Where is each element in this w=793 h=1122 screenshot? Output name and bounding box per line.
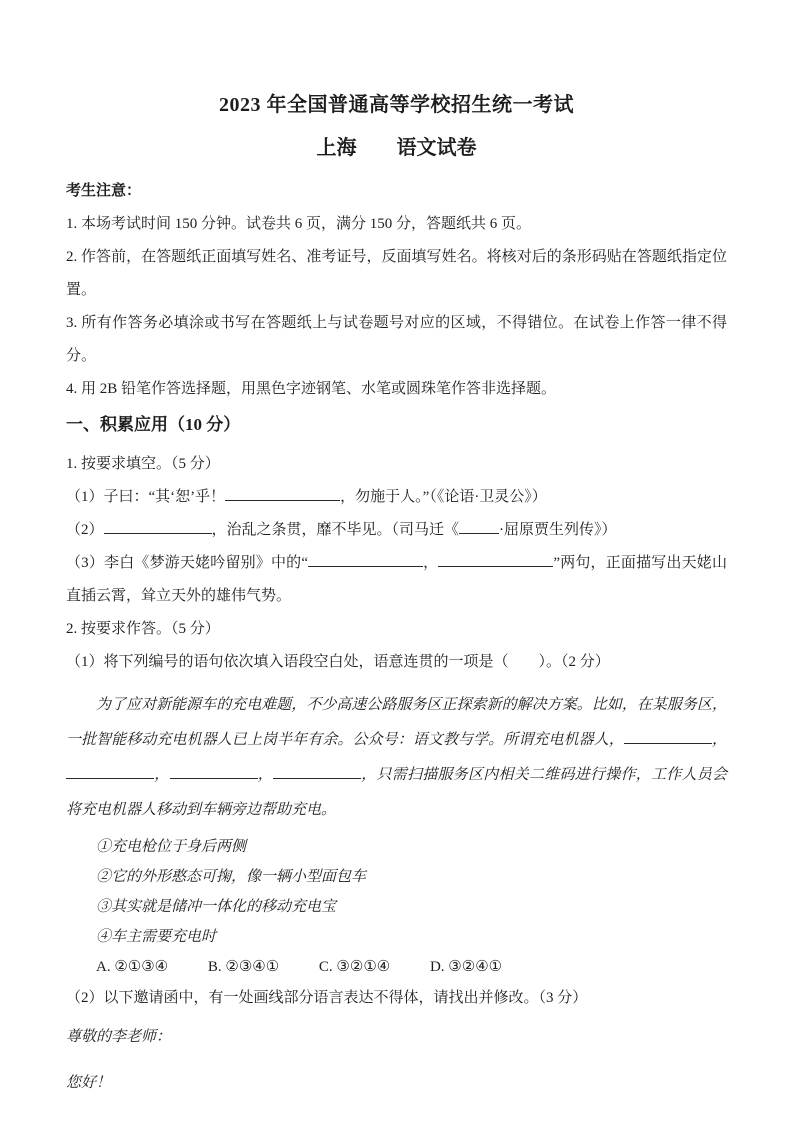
notice-item-1: 1. 本场考试时间 150 分钟。试卷共 6 页，满分 150 分，答题纸共 6…: [66, 208, 727, 241]
q2-1-stem: （1）将下列编号的语句依次填入语段空白处，语意连贯的一项是（ ）。（2 分）: [66, 646, 727, 679]
q2-1-passage: 为了应对新能源车的充电难题，不少高速公路服务区正探索新的解决方案。比如，在某服务…: [66, 688, 727, 828]
statement-item-2: ②它的外形憨态可掬，像一辆小型面包车: [66, 862, 727, 892]
statement-item-3: ③其实就是储冲一体化的移动充电宝: [66, 892, 727, 922]
numbered-statements: ①充电枪位于身后两侧 ②它的外形憨态可掬，像一辆小型面包车 ③其实就是储冲一体化…: [66, 832, 727, 952]
blank-underline: [273, 763, 361, 779]
option-a: A. ②①③④: [96, 959, 168, 975]
blank-underline: [438, 551, 553, 567]
option-c: C. ③②①④: [319, 959, 390, 975]
q1-item-3: （3）李白《梦游天姥吟留别》中的“，”两句，正面描写出天姥山直插云霄，耸立天外的…: [66, 547, 727, 613]
passage-sep-2: ，: [154, 767, 170, 783]
q2-stem: 2. 按要求作答。（5 分）: [66, 613, 727, 646]
invitation-salutation: 尊敬的李老师：: [66, 1021, 727, 1054]
blank-underline: [459, 518, 499, 534]
q1-item-2-pre: （2）: [66, 522, 104, 538]
q1-stem: 1. 按要求填空。（5 分）: [66, 448, 727, 481]
option-b: B. ②③④①: [208, 959, 279, 975]
exam-subtitle: 上海 语文试卷: [66, 135, 727, 161]
passage-sep-1: ，: [712, 732, 727, 748]
q1-item-3-mid: ，: [423, 555, 438, 571]
q1-item-2: （2），治乱之条贯，靡不毕见。（司马迁《·屈原贾生列传》）: [66, 514, 727, 547]
q1-item-1-pre: （1）子曰：“其‘恕’乎！: [66, 489, 225, 505]
q1-item-3-pre: （3）李白《梦游天姥吟留别》中的“: [66, 555, 308, 571]
invitation-greeting: 您好！: [66, 1067, 727, 1100]
q1-item-1-post: ，勿施于人。”（《论语·卫灵公》）: [340, 489, 547, 505]
exam-paper-page: 2023 年全国普通高等学校招生统一考试 上海 语文试卷 考生注意： 1. 本场…: [0, 0, 793, 1122]
exam-title: 2023 年全国普通高等学校招生统一考试: [66, 92, 727, 118]
blank-underline: [225, 485, 340, 501]
passage-sep-3: ，: [258, 767, 274, 783]
q1-item-1: （1）子曰：“其‘恕’乎！，勿施于人。”（《论语·卫灵公》）: [66, 481, 727, 514]
notice-item-2: 2. 作答前，在答题纸正面填写姓名、准考证号，反面填写姓名。将核对后的条形码贴在…: [66, 241, 727, 307]
blank-underline: [66, 763, 154, 779]
section1-heading: 一、积累应用（10 分）: [66, 408, 727, 442]
options-row: A. ②①③④ B. ②③④① C. ③②①④ D. ③②④①: [66, 952, 727, 982]
blank-underline: [624, 728, 712, 744]
notice-heading: 考生注意：: [66, 175, 727, 208]
statement-item-1: ①充电枪位于身后两侧: [66, 832, 727, 862]
option-d: D. ③②④①: [430, 959, 502, 975]
blank-underline: [308, 551, 423, 567]
q2-2-stem: （2）以下邀请函中，有一处画线部分语言表达不得体，请找出并修改。（3 分）: [66, 982, 727, 1015]
statement-item-4: ④车主需要充电时: [66, 922, 727, 952]
notice-item-4: 4. 用 2B 铅笔作答选择题，用黑色字迹钢笔、水笔或圆珠笔作答非选择题。: [66, 373, 727, 406]
q1-item-2-post: ·屈原贾生列传》）: [499, 522, 617, 538]
notice-item-3: 3. 所有作答务必填涂或书写在答题纸上与试卷题号对应的区域，不得错位。在试卷上作…: [66, 307, 727, 373]
blank-underline: [104, 518, 212, 534]
blank-underline: [170, 763, 258, 779]
q1-item-2-mid: ，治乱之条贯，靡不毕见。（司马迁《: [212, 522, 460, 538]
